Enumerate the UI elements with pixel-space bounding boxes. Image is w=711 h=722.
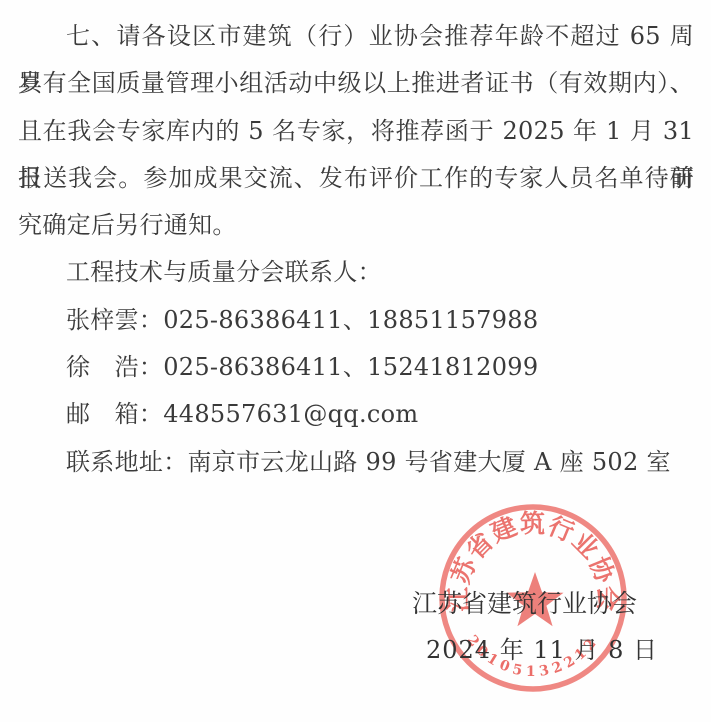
contact-line-zhang: 张梓雲：025-86386411、18851157988	[18, 297, 694, 344]
paragraph-line: 究确定后另行通知。	[18, 202, 694, 249]
contact-line-email: 邮 箱：448557631@qq.com	[18, 391, 694, 438]
contact-line-xu: 徐 浩：025-86386411、15241812099	[18, 344, 694, 391]
signature-date: 2024 年 11 月 8 日	[426, 630, 658, 665]
paragraph-line: 且在我会专家库内的 5 名专家，将推荐函于 2025 年 1 月 31 日前	[18, 108, 694, 155]
signature-organization: 江苏省建筑行业协会	[412, 584, 637, 620]
paragraph-line: 七、请各设区市建筑（行）业协会推荐年龄不超过 65 周岁、	[18, 13, 694, 60]
document-page: 七、请各设区市建筑（行）业协会推荐年龄不超过 65 周岁、 具有全国质量管理小组…	[0, 0, 711, 722]
contact-line-address: 联系地址：南京市云龙山路 99 号省建大厦 A 座 502 室	[18, 439, 694, 486]
paragraph-line: 报送我会。参加成果交流、发布评价工作的专家人员名单待研	[18, 155, 694, 202]
contact-heading: 工程技术与质量分会联系人：	[18, 249, 694, 296]
paragraph-line: 具有全国质量管理小组活动中级以上推进者证书（有效期内）、	[18, 60, 694, 107]
notice-body: 七、请各设区市建筑（行）业协会推荐年龄不超过 65 周岁、 具有全国质量管理小组…	[18, 13, 694, 486]
